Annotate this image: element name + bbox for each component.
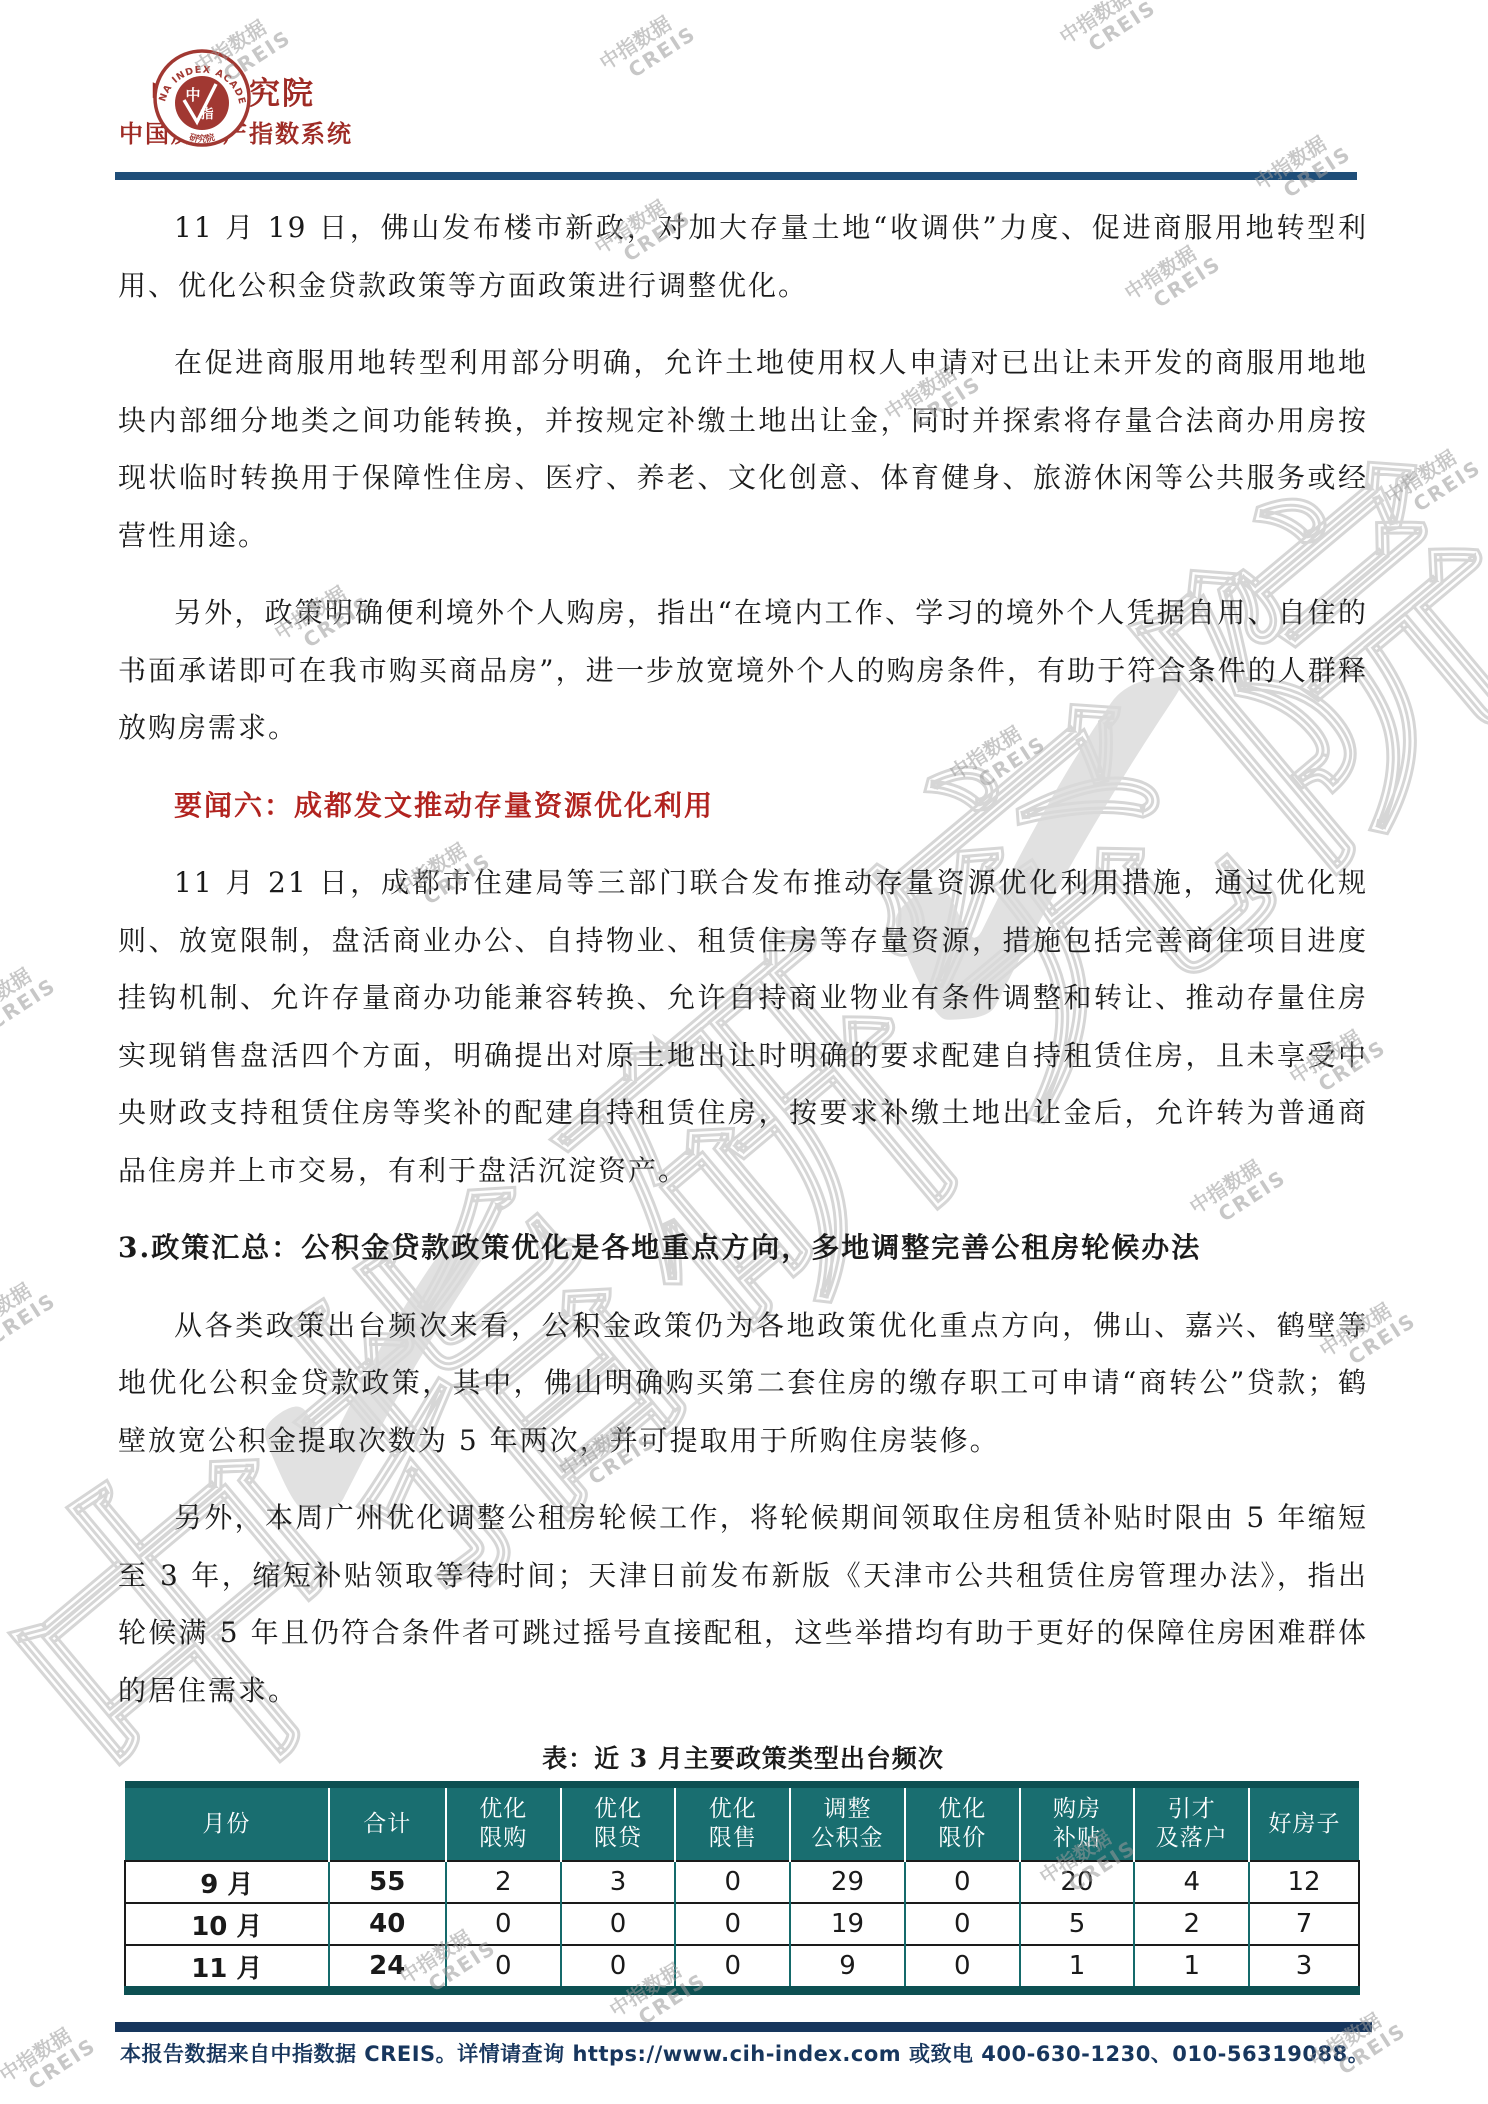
column-header: 合计 bbox=[329, 1785, 446, 1862]
month-cell: 11 月 bbox=[125, 1945, 329, 1991]
creis-watermark: 中指数据CREIS bbox=[1056, 0, 1160, 66]
value-cell: 1 bbox=[1134, 1945, 1249, 1991]
report-page: 中指研究院 ✓✓ 中指研究院 中国房地产指数系统 CHINA INDEX ACA… bbox=[0, 0, 1488, 2104]
month-cell: 9 月 bbox=[125, 1861, 329, 1903]
table-row: 11 月2400090113 bbox=[125, 1945, 1359, 1991]
creis-watermark: 中指数据CREIS bbox=[0, 956, 60, 1045]
header-divider-rule bbox=[115, 172, 1357, 180]
paragraph-container: 11 月 19 日，佛山发布楼市新政，对加大存量土地“收调供”力度、促进商服用地… bbox=[118, 199, 1368, 1719]
value-cell: 0 bbox=[675, 1861, 790, 1903]
table-header-row: 月份合计优化限购优化限贷优化限售调整公积金优化限价购房补贴引才及落户好房子 bbox=[125, 1785, 1359, 1862]
column-header: 好房子 bbox=[1249, 1785, 1359, 1862]
column-header: 优化限贷 bbox=[561, 1785, 676, 1862]
value-cell: 20 bbox=[1020, 1861, 1135, 1903]
column-header: 引才及落户 bbox=[1134, 1785, 1249, 1862]
svg-text:指: 指 bbox=[199, 106, 213, 122]
value-cell: 1 bbox=[1020, 1945, 1135, 1991]
creis-watermark: 中指数据CREIS bbox=[0, 1271, 60, 1360]
china-index-academy-seal-icon: CHINA INDEX ACADEMY 中 指 研究院 bbox=[152, 48, 252, 148]
value-cell: 0 bbox=[446, 1903, 561, 1945]
total-cell: 55 bbox=[329, 1861, 446, 1903]
table-row: 9 月5523029020412 bbox=[125, 1861, 1359, 1903]
creis-watermark: 中指数据CREIS bbox=[1381, 438, 1485, 527]
column-header: 购房补贴 bbox=[1020, 1785, 1135, 1862]
value-cell: 3 bbox=[561, 1861, 676, 1903]
value-cell: 0 bbox=[905, 1903, 1020, 1945]
value-cell: 12 bbox=[1249, 1861, 1359, 1903]
body-paragraph: 11 月 19 日，佛山发布楼市新政，对加大存量土地“收调供”力度、促进商服用地… bbox=[118, 199, 1368, 314]
value-cell: 2 bbox=[446, 1861, 561, 1903]
value-cell: 5 bbox=[1020, 1903, 1135, 1945]
policy-frequency-table: 月份合计优化限购优化限贷优化限售调整公积金优化限价购房补贴引才及落户好房子 9 … bbox=[124, 1781, 1360, 1995]
svg-text:中: 中 bbox=[185, 86, 200, 104]
value-cell: 4 bbox=[1134, 1861, 1249, 1903]
body-paragraph: 从各类政策出台频次来看，公积金政策仍为各地政策优化重点方向，佛山、嘉兴、鹤壁等地… bbox=[118, 1297, 1368, 1470]
table-row: 10 月40000190527 bbox=[125, 1903, 1359, 1945]
body-paragraph: 另外，政策明确便利境外个人购房，指出“在境内工作、学习的境外个人凭据自用、自住的… bbox=[118, 584, 1368, 757]
news-heading: 要闻六：成都发文推动存量资源优化利用 bbox=[118, 777, 1368, 835]
value-cell: 19 bbox=[790, 1903, 905, 1945]
value-cell: 2 bbox=[1134, 1903, 1249, 1945]
footer-note: 本报告数据来自中指数据 CREIS。详情请查询 https://www.cih-… bbox=[120, 2038, 1370, 2068]
section-heading: 3.政策汇总：公积金贷款政策优化是各地重点方向，多地调整完善公租房轮候办法 bbox=[118, 1219, 1368, 1277]
value-cell: 0 bbox=[675, 1903, 790, 1945]
body-paragraph: 另外，本周广州优化调整公租房轮候工作，将轮候期间领取住房租赁补贴时限由 5 年缩… bbox=[118, 1489, 1368, 1719]
value-cell: 29 bbox=[790, 1861, 905, 1903]
body-paragraph: 11 月 21 日，成都市住建局等三部门联合发布推动存量资源优化利用措施，通过优… bbox=[118, 854, 1368, 1199]
creis-watermark: 中指数据CREIS bbox=[596, 4, 700, 93]
value-cell: 0 bbox=[675, 1945, 790, 1991]
month-cell: 10 月 bbox=[125, 1903, 329, 1945]
column-header: 优化限购 bbox=[446, 1785, 561, 1862]
value-cell: 0 bbox=[446, 1945, 561, 1991]
value-cell: 7 bbox=[1249, 1903, 1359, 1945]
column-header: 优化限价 bbox=[905, 1785, 1020, 1862]
footer-divider-rule bbox=[115, 2022, 1372, 2032]
value-cell: 9 bbox=[790, 1945, 905, 1991]
column-header: 调整公积金 bbox=[790, 1785, 905, 1862]
total-cell: 40 bbox=[329, 1903, 446, 1945]
value-cell: 0 bbox=[561, 1945, 676, 1991]
column-header: 月份 bbox=[125, 1785, 329, 1862]
document-body: 11 月 19 日，佛山发布楼市新政，对加大存量土地“收调供”力度、促进商服用地… bbox=[118, 199, 1368, 1995]
total-cell: 24 bbox=[329, 1945, 446, 1991]
policy-frequency-table-wrap: 月份合计优化限购优化限贷优化限售调整公积金优化限价购房补贴引才及落户好房子 9 … bbox=[124, 1781, 1362, 1995]
value-cell: 0 bbox=[561, 1903, 676, 1945]
value-cell: 0 bbox=[905, 1945, 1020, 1991]
body-paragraph: 在促进商服用地转型利用部分明确，允许土地使用权人申请对已出让未开发的商服用地地块… bbox=[118, 334, 1368, 564]
creis-watermark: 中指数据CREIS bbox=[0, 2016, 100, 2104]
column-header: 优化限售 bbox=[675, 1785, 790, 1862]
value-cell: 0 bbox=[905, 1861, 1020, 1903]
value-cell: 3 bbox=[1249, 1945, 1359, 1991]
table-caption: 表：近 3 月主要政策类型出台频次 bbox=[118, 1739, 1368, 1775]
